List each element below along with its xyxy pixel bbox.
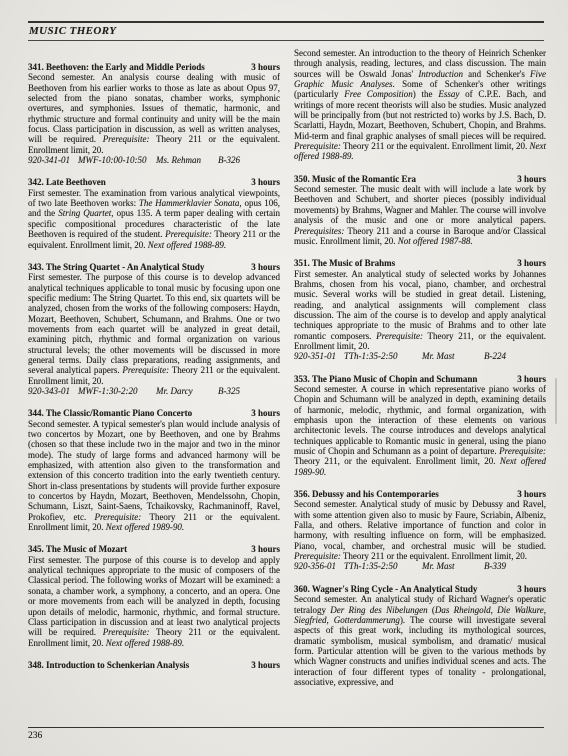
course-341: 341. Beethoven: the Early and Middle Per… bbox=[28, 62, 280, 165]
page-title: MUSIC THEORY bbox=[28, 23, 544, 41]
room-number: B-339 bbox=[484, 561, 506, 571]
course-header: 350. Music of the Romantic Era 3 hours bbox=[294, 174, 546, 184]
course-title: 348. Introduction to Schenkerian Analysi… bbox=[28, 660, 189, 670]
course-description: Second semester. A course in which repre… bbox=[294, 384, 546, 477]
meeting-time: TTh-1:35-2:50 bbox=[344, 351, 422, 361]
section-code: 920-351-01 bbox=[294, 351, 344, 361]
course-listing: 341. Beethoven: the Early and Middle Per… bbox=[28, 48, 544, 699]
course-hours: 3 hours bbox=[251, 262, 280, 272]
page-footer: 236 bbox=[28, 727, 544, 742]
left-column: 341. Beethoven: the Early and Middle Per… bbox=[28, 48, 280, 682]
course-title: 351. The Music of Brahms bbox=[294, 258, 395, 268]
course-description: Second semester. A typical semester's pl… bbox=[28, 419, 280, 533]
meeting-time: MWF-1:30-2:20 bbox=[78, 386, 156, 396]
course-description: First semester. An analytical study of s… bbox=[294, 269, 546, 352]
course-hours: 3 hours bbox=[517, 258, 546, 268]
instructor-name: Mr. Mast bbox=[422, 561, 484, 571]
course-schedule-line: 920-343-01 MWF-1:30-2:20 Mr. Darcy B-325 bbox=[28, 386, 280, 396]
course-hours: 3 hours bbox=[251, 408, 280, 418]
meeting-time: TTh-1:35-2:50 bbox=[344, 561, 422, 571]
instructor-name: Ms. Rehman bbox=[156, 155, 218, 165]
course-schedule-line: 920-341-01 MWF-10:00-10:50 Ms. Rehman B-… bbox=[28, 155, 280, 165]
course-header: 341. Beethoven: the Early and Middle Per… bbox=[28, 62, 280, 72]
course-360: 360. Wagner's Ring Cycle - An Analytical… bbox=[294, 584, 546, 687]
course-header: 344. The Classic/Romantic Piano Concerto… bbox=[28, 408, 280, 418]
course-351: 351. The Music of Brahms 3 hours First s… bbox=[294, 258, 546, 361]
course-353: 353. The Piano Music of Chopin and Schum… bbox=[294, 374, 546, 477]
section-code: 920-356-01 bbox=[294, 561, 344, 571]
course-description: First semester. The purpose of this cour… bbox=[28, 555, 280, 648]
section-code: 920-341-01 bbox=[28, 155, 78, 165]
course-hours: 3 hours bbox=[517, 489, 546, 499]
course-title: 345. The Music of Mozart bbox=[28, 544, 127, 554]
course-description: Second semester. An analysis course deal… bbox=[28, 72, 280, 155]
course-description: First semester. The purpose of this cour… bbox=[28, 272, 280, 386]
course-header: 345. The Music of Mozart 3 hours bbox=[28, 544, 280, 554]
course-hours: 3 hours bbox=[251, 177, 280, 187]
room-number: B-325 bbox=[218, 386, 240, 396]
room-number: B-326 bbox=[218, 155, 240, 165]
right-column: Second semester. An introduction to the … bbox=[294, 48, 546, 699]
course-hours: 3 hours bbox=[517, 174, 546, 184]
catalog-page: MUSIC THEORY 341. Beethoven: the Early a… bbox=[0, 0, 568, 756]
course-hours: 3 hours bbox=[517, 584, 546, 594]
course-header: 356. Debussy and his Contemporaries 3 ho… bbox=[294, 489, 546, 499]
course-title: 353. The Piano Music of Chopin and Schum… bbox=[294, 374, 477, 384]
course-description: Second semester. An analytical study of … bbox=[294, 594, 546, 687]
course-348-continuation: Second semester. An introduction to the … bbox=[294, 48, 546, 162]
instructor-name: Mr. Mast bbox=[422, 351, 484, 361]
course-title: 344. The Classic/Romantic Piano Concerto bbox=[28, 408, 192, 418]
course-description: First semester. The examination from var… bbox=[28, 188, 280, 250]
course-hours: 3 hours bbox=[517, 374, 546, 384]
course-hours: 3 hours bbox=[251, 62, 280, 72]
course-344: 344. The Classic/Romantic Piano Concerto… bbox=[28, 408, 280, 532]
course-header: 353. The Piano Music of Chopin and Schum… bbox=[294, 374, 546, 384]
course-header: 351. The Music of Brahms 3 hours bbox=[294, 258, 546, 268]
course-hours: 3 hours bbox=[251, 660, 280, 670]
course-348: 348. Introduction to Schenkerian Analysi… bbox=[28, 660, 280, 670]
room-number: B-224 bbox=[484, 351, 506, 361]
course-356: 356. Debussy and his Contemporaries 3 ho… bbox=[294, 489, 546, 572]
course-345: 345. The Music of Mozart 3 hours First s… bbox=[28, 544, 280, 647]
course-title: 350. Music of the Romantic Era bbox=[294, 174, 416, 184]
course-title: 343. The String Quartet - An Analytical … bbox=[28, 262, 204, 272]
course-description: Second semester. Analytical study of mus… bbox=[294, 499, 546, 561]
course-description: Second semester. The music dealt with wi… bbox=[294, 184, 546, 246]
page-number: 236 bbox=[28, 728, 544, 742]
course-header: 348. Introduction to Schenkerian Analysi… bbox=[28, 660, 280, 670]
course-schedule-line: 920-356-01 TTh-1:35-2:50 Mr. Mast B-339 bbox=[294, 561, 546, 571]
section-code: 920-343-01 bbox=[28, 386, 78, 396]
scan-artifact bbox=[555, 378, 557, 424]
course-header: 343. The String Quartet - An Analytical … bbox=[28, 262, 280, 272]
course-title: 360. Wagner's Ring Cycle - An Analytical… bbox=[294, 584, 477, 594]
course-title: 342. Late Beethoven bbox=[28, 177, 106, 187]
course-header: 360. Wagner's Ring Cycle - An Analytical… bbox=[294, 584, 546, 594]
page-header: MUSIC THEORY bbox=[28, 21, 544, 41]
course-title: 341. Beethoven: the Early and Middle Per… bbox=[28, 62, 205, 72]
meeting-time: MWF-10:00-10:50 bbox=[78, 155, 156, 165]
course-342: 342. Late Beethoven 3 hours First semest… bbox=[28, 177, 280, 249]
course-description: Second semester. An introduction to the … bbox=[294, 48, 546, 162]
course-header: 342. Late Beethoven 3 hours bbox=[28, 177, 280, 187]
course-343: 343. The String Quartet - An Analytical … bbox=[28, 262, 280, 396]
course-schedule-line: 920-351-01 TTh-1:35-2:50 Mr. Mast B-224 bbox=[294, 351, 546, 361]
course-hours: 3 hours bbox=[251, 544, 280, 554]
instructor-name: Mr. Darcy bbox=[156, 386, 218, 396]
course-350: 350. Music of the Romantic Era 3 hours S… bbox=[294, 174, 546, 246]
course-title: 356. Debussy and his Contemporaries bbox=[294, 489, 439, 499]
